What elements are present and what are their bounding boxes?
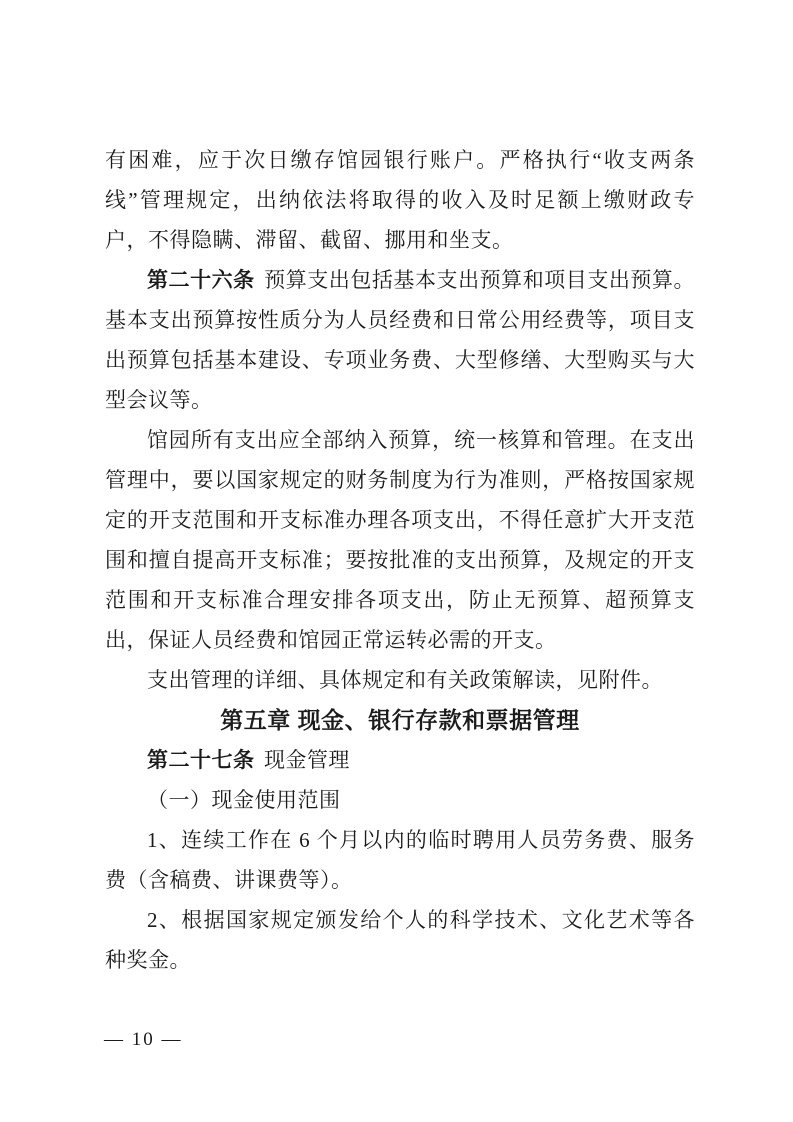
paragraph-list-item: 2、根据国家规定颁发给个人的科学技术、文化艺术等各种奖金。 (105, 900, 695, 980)
paragraph-text: 支出管理的详细、具体规定和有关政策解读，见附件。 (147, 668, 663, 692)
paragraph-text: 馆园所有支出应全部纳入预算，统一核算和管理。在支出管理中，要以国家规定的财务制度… (105, 428, 695, 652)
paragraph-text: 1、连续工作在 6 个月以内的临时聘用人员劳务费、服务费（含稿费、讲课费等）。 (105, 828, 695, 892)
paragraph-text: 现金管理 (264, 748, 350, 772)
article-number: 第二十六条 (147, 268, 255, 292)
paragraph-text: （一）现金使用范围 (147, 788, 341, 812)
paragraph-text: 2、根据国家规定颁发给个人的科学技术、文化艺术等各种奖金。 (105, 908, 695, 972)
paragraph-article-27: 第二十七条现金管理 (105, 740, 695, 780)
page-number: — 10 — (104, 1028, 183, 1052)
paragraph: 支出管理的详细、具体规定和有关政策解读，见附件。 (105, 660, 695, 700)
document-body: 有困难，应于次日缴存馆园银行账户。严格执行“收支两条线”管理规定，出纳依法将取得… (105, 140, 695, 980)
paragraph-article-26: 第二十六条预算支出包括基本支出预算和项目支出预算。基本支出预算按性质分为人员经费… (105, 260, 695, 420)
paragraph-list-item: （一）现金使用范围 (105, 780, 695, 820)
document-page: 有困难，应于次日缴存馆园银行账户。严格执行“收支两条线”管理规定，出纳依法将取得… (0, 0, 793, 1122)
paragraph: 馆园所有支出应全部纳入预算，统一核算和管理。在支出管理中，要以国家规定的财务制度… (105, 420, 695, 660)
chapter-heading: 第五章 现金、银行存款和票据管理 (105, 700, 695, 740)
paragraph-list-item: 1、连续工作在 6 个月以内的临时聘用人员劳务费、服务费（含稿费、讲课费等）。 (105, 820, 695, 900)
paragraph-text: 有困难，应于次日缴存馆园银行账户。严格执行“收支两条线”管理规定，出纳依法将取得… (105, 148, 695, 252)
paragraph-continuation: 有困难，应于次日缴存馆园银行账户。严格执行“收支两条线”管理规定，出纳依法将取得… (105, 140, 695, 260)
article-number: 第二十七条 (147, 748, 255, 772)
